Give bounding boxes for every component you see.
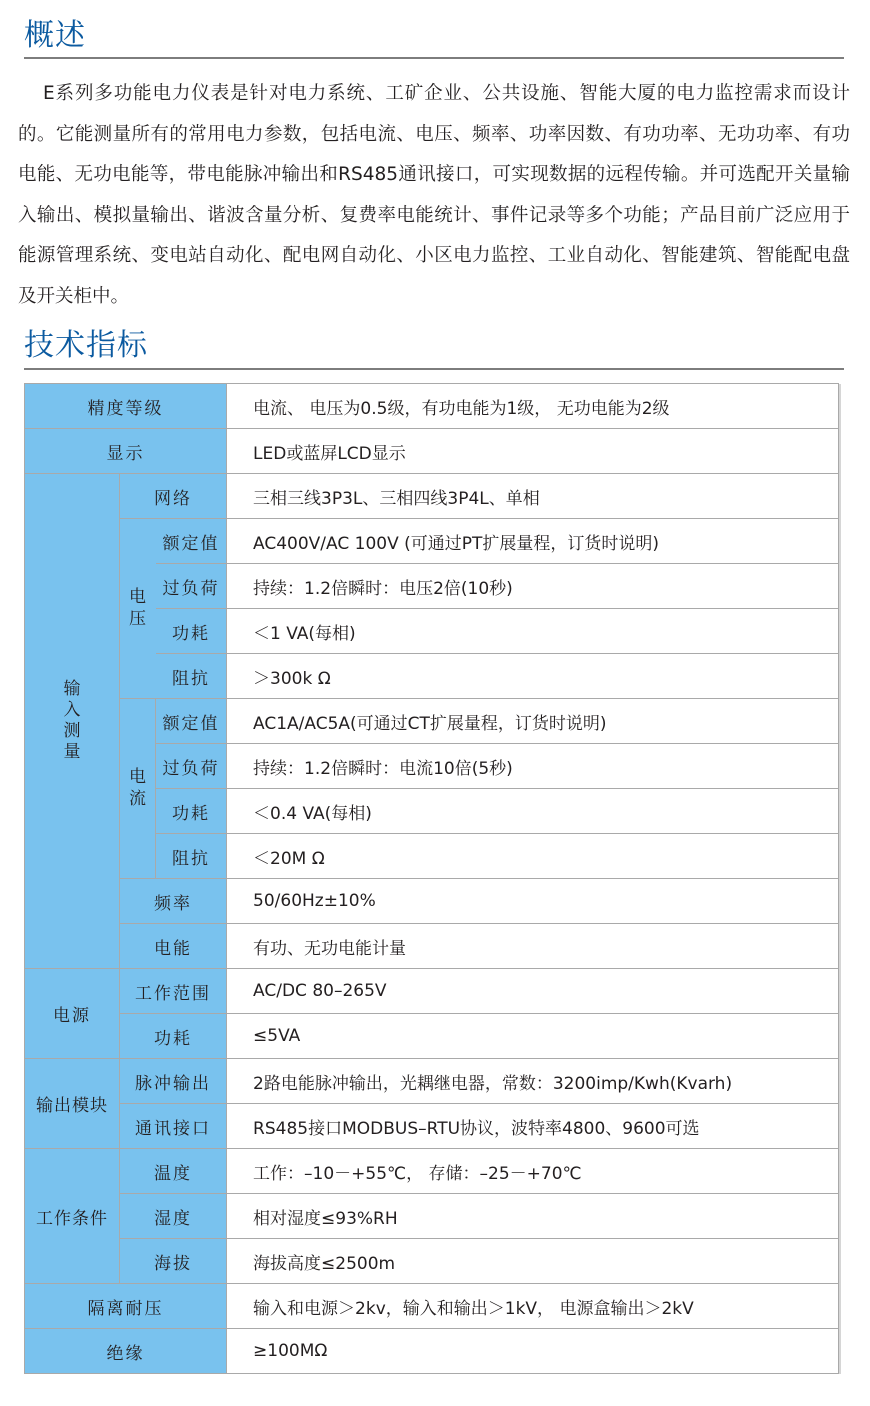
table-row: 海拔 海拔高度≤2500m [25,1239,839,1284]
overview-rule [24,57,844,59]
spec-label-current-power: 功耗 [156,789,227,834]
table-row: 显示 LED或蓝屏LCD显示 [25,429,839,474]
spec-label-humidity: 湿度 [120,1194,227,1239]
spec-subgroup-voltage: 电压 [120,519,156,699]
spec-group-power: 电源 [25,969,120,1059]
table-row: 绝缘 ≥100MΩ [25,1329,839,1374]
spec-value-power-consumption: ≤5VA [227,1014,839,1059]
spec-label-voltage-impedance: 阻抗 [156,654,227,699]
table-row: 电压 额定值 AC400V/AC 100V (可通过PT扩展量程，订货时说明) [25,519,839,564]
spec-value-network: 三相三线3P3L、三相四线3P4L、单相 [227,474,839,519]
spec-value-voltage-overload: 持续：1.2倍瞬时：电压2倍(10秒) [227,564,839,609]
spec-label-power-range: 工作范围 [120,969,227,1014]
spec-label-voltage-rated: 额定值 [156,519,227,564]
spec-value-altitude: 海拔高度≤2500m [227,1239,839,1284]
specs-rule [24,368,844,370]
spec-label-current-rated: 额定值 [156,699,227,744]
spec-label-voltage-power: 功耗 [156,609,227,654]
spec-value-power-range: AC/DC 80–265V [227,969,839,1014]
spec-value-comm-interface: RS485接口MODBUS–RTU协议，波特率4800、9600可选 [227,1104,839,1149]
spec-value-energy: 有功、无功电能计量 [227,924,839,969]
spec-table: 精度等级 电流、 电压为0.5级，有功电能为1级， 无功电能为2级 显示 LED… [24,383,839,1374]
overview-title: 概述 [24,21,86,51]
spec-value-display: LED或蓝屏LCD显示 [227,429,839,474]
table-row: 电源 工作范围 AC/DC 80–265V [25,969,839,1014]
spec-value-temperature: 工作：–10－+55℃， 存储：–25－+70℃ [227,1149,839,1194]
spec-group-conditions: 工作条件 [25,1149,120,1284]
overview-text: E系列多功能电力仪表是针对电力系统、工矿企业、公共设施、智能大厦的电力监控需求而… [18,74,850,317]
spec-group-output: 输出模块 [25,1059,120,1149]
spec-label-pulse-output: 脉冲输出 [120,1059,227,1104]
spec-label-voltage-overload: 过负荷 [156,564,227,609]
specs-title: 技术指标 [24,331,148,361]
spec-value-pulse-output: 2路电能脉冲输出，光耦继电器，常数：3200imp/Kwh(Kvarh) [227,1059,839,1104]
table-row: 工作条件 温度 工作：–10－+55℃， 存储：–25－+70℃ [25,1149,839,1194]
spec-label-comm-interface: 通讯接口 [120,1104,227,1149]
table-row: 输入测量 网络 三相三线3P3L、三相四线3P4L、单相 [25,474,839,519]
spec-value-humidity: 相对湿度≤93%RH [227,1194,839,1239]
table-row: 通讯接口 RS485接口MODBUS–RTU协议，波特率4800、9600可选 [25,1104,839,1149]
table-row: 输出模块 脉冲输出 2路电能脉冲输出，光耦继电器，常数：3200imp/Kwh(… [25,1059,839,1104]
table-row: 频率 50/60Hz±10% [25,879,839,924]
spec-label-temperature: 温度 [120,1149,227,1194]
spec-group-input: 输入测量 [25,474,120,969]
overview-paragraph: E系列多功能电力仪表是针对电力系统、工矿企业、公共设施、智能大厦的电力监控需求而… [18,74,850,317]
spec-value-current-rated: AC1A/AC5A(可通过CT扩展量程，订货时说明) [227,699,839,744]
spec-label-isolation: 隔离耐压 [25,1284,227,1329]
spec-label-display: 显示 [25,429,227,474]
spec-value-current-overload: 持续：1.2倍瞬时：电流10倍(5秒) [227,744,839,789]
spec-subgroup-current: 电流 [120,699,156,879]
spec-value-insulation: ≥100MΩ [227,1329,839,1374]
table-row: 功耗 ≤5VA [25,1014,839,1059]
table-row: 电流 额定值 AC1A/AC5A(可通过CT扩展量程，订货时说明) [25,699,839,744]
spec-value-voltage-rated: AC400V/AC 100V (可通过PT扩展量程，订货时说明) [227,519,839,564]
spec-label-frequency: 频率 [120,879,227,924]
spec-value-current-impedance: ＜20M Ω [227,834,839,879]
table-row: 湿度 相对湿度≤93%RH [25,1194,839,1239]
spec-label-power-consumption: 功耗 [120,1014,227,1059]
spec-label-accuracy: 精度等级 [25,384,227,429]
table-row: 隔离耐压 输入和电源＞2kv，输入和输出＞1kV， 电源盒输出＞2kV [25,1284,839,1329]
spec-label-current-overload: 过负荷 [156,744,227,789]
spec-value-frequency: 50/60Hz±10% [227,879,839,924]
spec-value-current-power: ＜0.4 VA(每相) [227,789,839,834]
spec-value-voltage-power: ＜1 VA(每相) [227,609,839,654]
spec-label-altitude: 海拔 [120,1239,227,1284]
spec-label-insulation: 绝缘 [25,1329,227,1374]
spec-label-current-impedance: 阻抗 [156,834,227,879]
spec-value-accuracy: 电流、 电压为0.5级，有功电能为1级， 无功电能为2级 [227,384,839,429]
spec-label-network: 网络 [120,474,227,519]
table-row: 精度等级 电流、 电压为0.5级，有功电能为1级， 无功电能为2级 [25,384,839,429]
spec-label-energy: 电能 [120,924,227,969]
spec-value-voltage-impedance: ＞300k Ω [227,654,839,699]
table-row: 电能 有功、无功电能计量 [25,924,839,969]
spec-value-isolation: 输入和电源＞2kv，输入和输出＞1kV， 电源盒输出＞2kV [227,1284,839,1329]
